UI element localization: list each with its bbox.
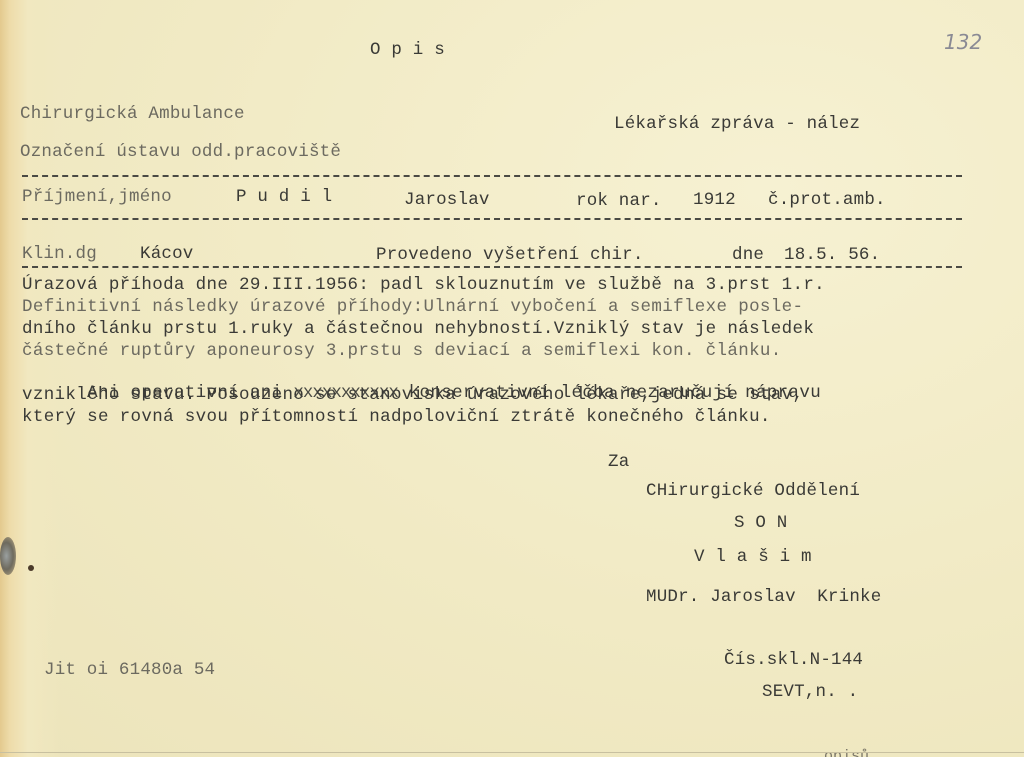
divider-line [22,175,962,177]
name-label: Příjmení,jméno [22,187,172,207]
body-line: dního článku prstu 1.ruky a částečnou ne… [22,319,814,339]
signature-org: S O N [734,513,788,533]
diagnosis-underline [22,266,962,268]
diagnosis-label: Klin.dg [22,244,97,264]
institution-label: Označení ústavu odd.pracoviště [20,142,341,162]
ink-spot [28,565,34,571]
body-line: částečné ruptůry aponeurosy 3.prstu s de… [22,341,782,361]
institution-name: Chirurgická Ambulance [20,104,245,124]
signature-department: CHirurgické Oddělení [646,481,860,501]
body-line: Definitivní následky úrazové příhody:Uln… [22,297,803,317]
patient-surname: P u d i l [236,187,332,207]
exam-date: 18.5. 56. [784,245,880,265]
signature-doctor: MUDr. Jaroslav Krinke [646,587,881,607]
birth-year-label: rok nar. [576,191,662,211]
footer-code: Jit oi 61480a 54 [44,660,215,680]
signature-city: V l a š i m [694,547,812,567]
punch-hole [0,537,16,575]
page-number-handwritten: 132 [944,30,982,54]
protocol-label: č.prot.amb. [768,190,886,210]
body-line: Úrazová příhoda dne 29.III.1956: padl sk… [22,275,825,295]
signature-za: Za [608,452,629,472]
body-line: vzniklého stavu. Posouzeno se stanoviska… [22,385,803,405]
body-line: který se rovná svou přítomností nadpolov… [22,407,771,427]
exam-label: Provedeno vyšetření chir. [376,245,644,265]
bottom-edge-line [0,752,1024,753]
exam-date-label: dne [732,245,764,265]
document-title: O p i s [370,40,445,60]
diagnosis-value: Kácov [140,244,194,264]
divider-line [22,218,962,220]
form-number: Čís.skl.N-144 [724,650,863,670]
form-publisher: SEVT,n. . [762,682,858,702]
birth-year: 1912 [693,190,736,210]
report-type: Lékařská zpráva - nález [614,114,860,134]
patient-first-name: Jaroslav [404,190,490,210]
